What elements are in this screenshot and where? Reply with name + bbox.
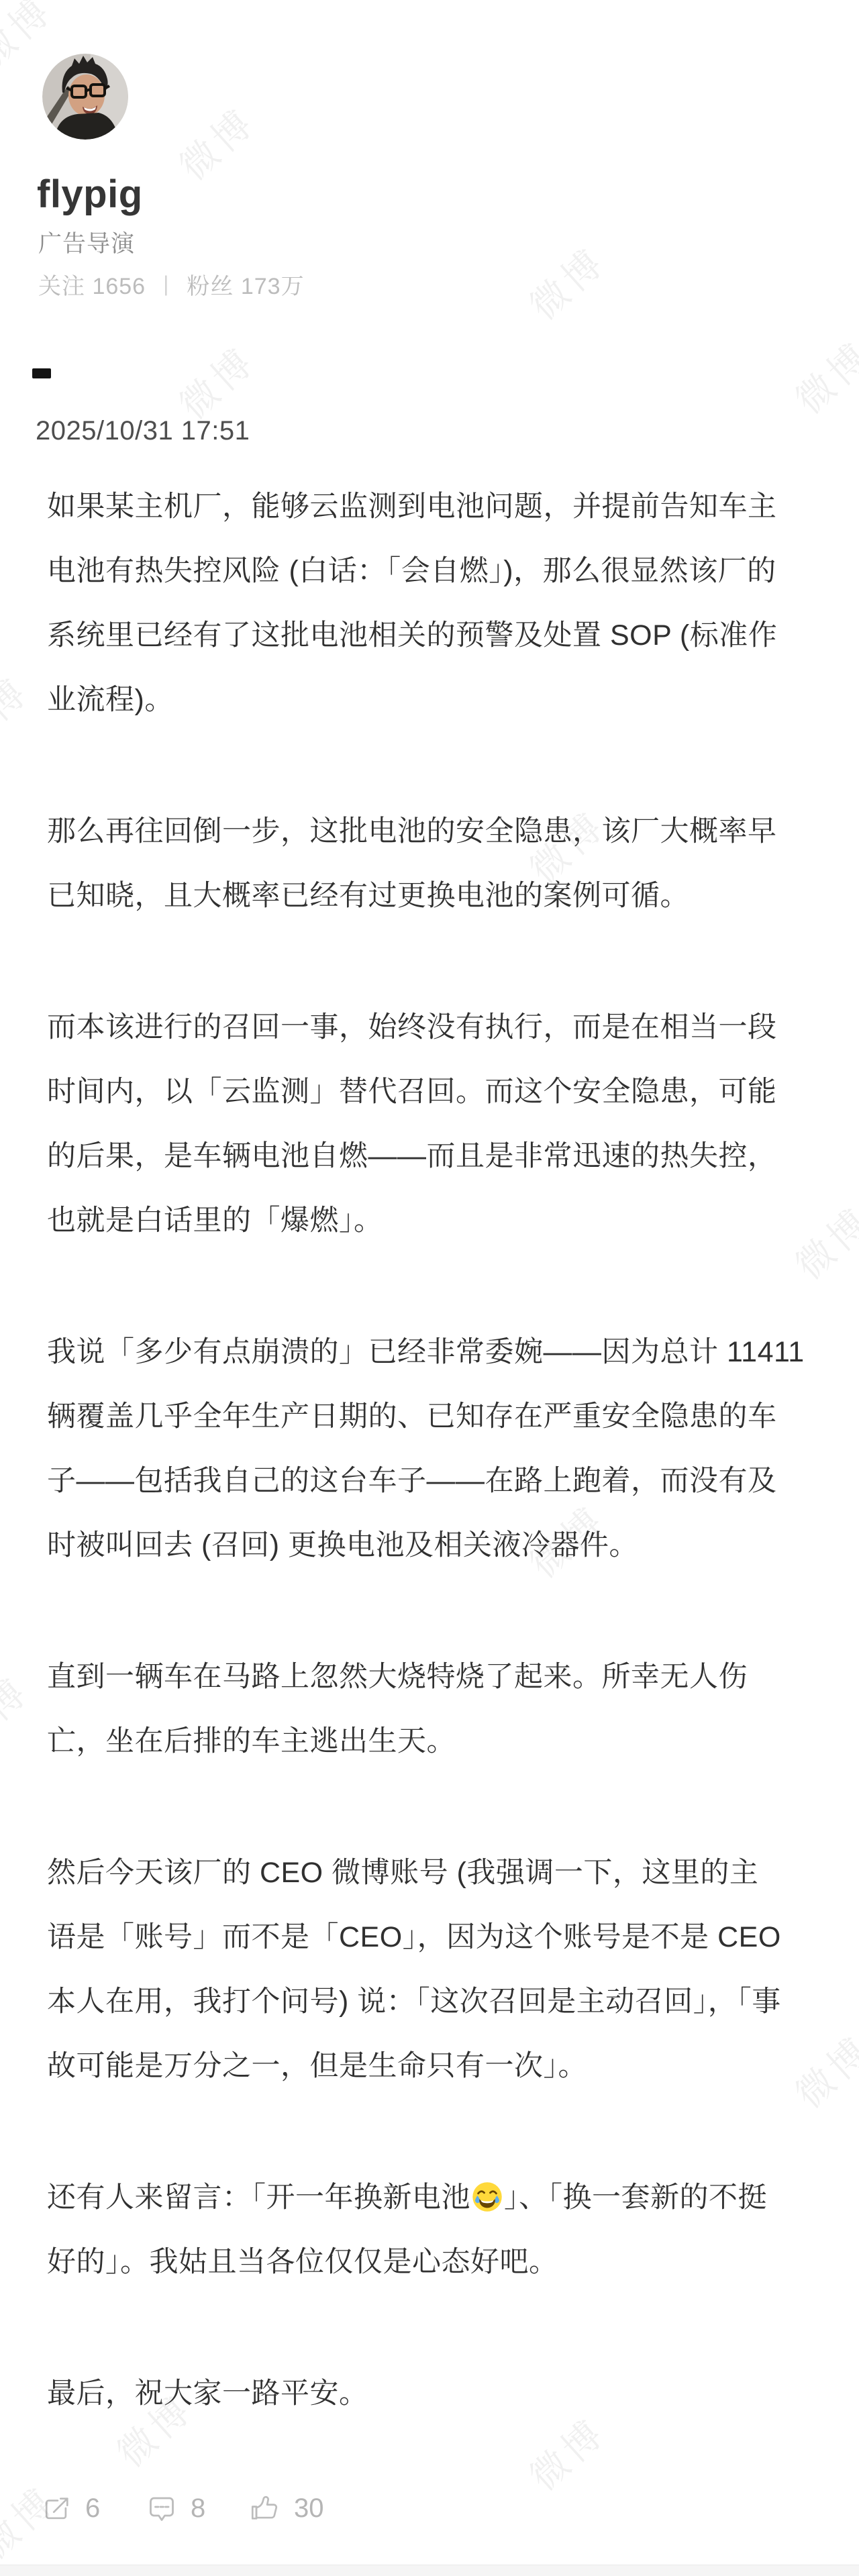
tears-of-joy-emoji bbox=[472, 2181, 503, 2212]
comment-count: 8 bbox=[191, 2493, 205, 2524]
paragraph-2: 那么再往回倒一步，这批电池的安全隐患，该厂大概率早 已知晓，且大概率已经有过更换… bbox=[47, 799, 819, 928]
profile-bio: 广告导演 bbox=[38, 225, 135, 259]
share-count: 6 bbox=[85, 2493, 100, 2524]
post-body: 如果某主机厂，能够云监测到电池问题，并提前告知车主 电池有热失控风险 (白话：「… bbox=[47, 474, 819, 2493]
weibo-watermark: 微博 bbox=[517, 233, 617, 330]
paragraph-4: 我说「多少有点崩溃的」已经非常委婉——因为总计 11411 辆覆盖几乎全年生产日… bbox=[47, 1320, 819, 1578]
paragraph-8: 最后，祝大家一路平安。 bbox=[47, 2361, 819, 2426]
comment-button[interactable]: 8 bbox=[147, 2492, 205, 2524]
paragraph-7: 还有人来留言：「开一年换新电池」、「换一套新的不挺好的」。我姑且当各位仅仅是心态… bbox=[47, 2165, 819, 2294]
paragraph-7-text-before-emoji: 还有人来留言：「开一年换新电池 bbox=[47, 2181, 470, 2214]
profile-avatar[interactable] bbox=[42, 54, 128, 140]
share-button[interactable]: 6 bbox=[43, 2492, 100, 2524]
comment-icon bbox=[147, 2494, 176, 2522]
profile-username[interactable]: flypig bbox=[37, 172, 143, 217]
paragraph-7-line2: 好的」。我姑且当各位仅仅是心态好吧。 bbox=[47, 2246, 558, 2278]
paragraph-6: 然后今天该厂的 CEO 微博账号 (我强调一下，这里的主 语是「账号」而不是「C… bbox=[47, 1841, 819, 2098]
weibo-watermark: 微博 bbox=[166, 93, 266, 191]
paragraph-1: 如果某主机厂，能够云监测到电池问题，并提前告知车主 电池有热失控风险 (白话：「… bbox=[47, 474, 819, 732]
like-count: 30 bbox=[294, 2493, 324, 2524]
weibo-watermark: 微博 bbox=[0, 662, 40, 760]
share-icon bbox=[43, 2495, 71, 2522]
post-timestamp: 2025/10/31 17:51 bbox=[36, 416, 250, 446]
weibo-post-card: 微博微博微博微博微博微博微博微博微博微博微博微博微博微博 bbox=[0, 0, 859, 2576]
paragraph-3: 而本该进行的召回一事，始终没有执行，而是在相当一段 时间内，以「云监测」替代召回… bbox=[47, 995, 819, 1253]
paragraph-5: 直到一辆车在马路上忽然大烧特烧了起来。所幸无人伤 亡，坐在后排的车主逃出生天。 bbox=[47, 1645, 819, 1773]
weibo-watermark: 微博 bbox=[166, 332, 266, 429]
like-button[interactable]: 30 bbox=[249, 2492, 324, 2524]
paragraph-7-text-after-emoji: 」、「换一套新的不挺 bbox=[504, 2181, 767, 2214]
thumbs-up-icon bbox=[249, 2493, 280, 2523]
profile-stats: 关注 1656 | 粉丝 173万 bbox=[38, 268, 305, 301]
weibo-watermark: 微博 bbox=[0, 1662, 40, 1759]
weibo-watermark: 微博 bbox=[782, 327, 859, 424]
following-count[interactable]: 关注 1656 bbox=[38, 268, 146, 301]
stats-separator: | bbox=[163, 272, 169, 297]
avatar-portrait-image bbox=[42, 54, 128, 140]
collapse-dash bbox=[32, 368, 51, 378]
followers-count[interactable]: 粉丝 173万 bbox=[187, 268, 304, 301]
bottom-divider bbox=[0, 2565, 859, 2576]
